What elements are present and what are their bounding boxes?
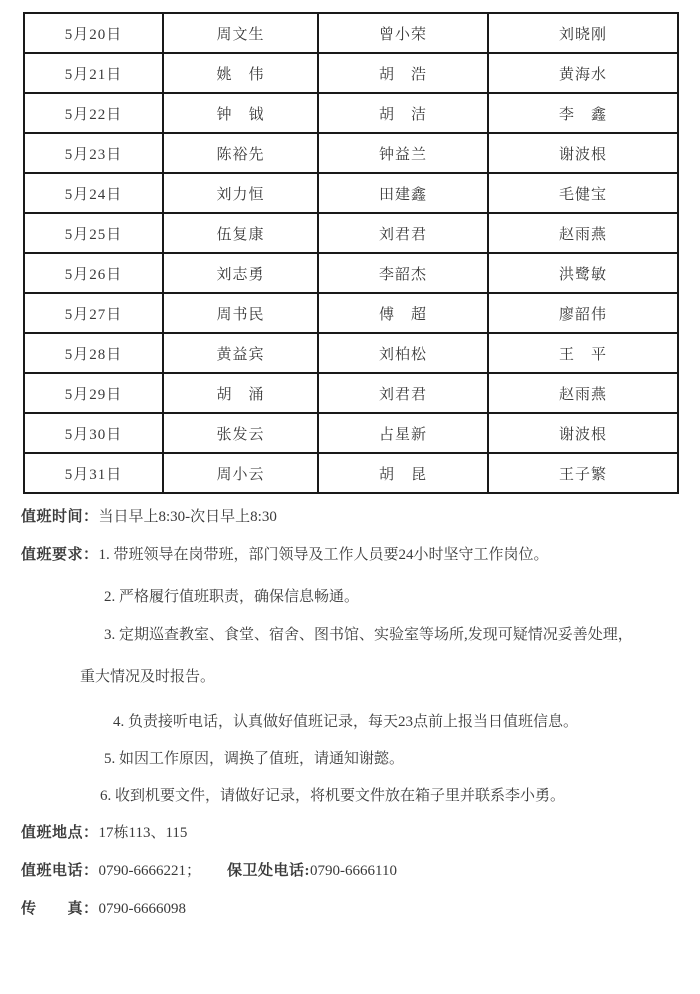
name-cell: 廖韶伟 — [488, 293, 678, 333]
date-cell: 5月27日 — [24, 293, 163, 333]
security-phone-label: 保卫处电话: — [227, 863, 310, 879]
fax-label: 传 真： — [21, 901, 99, 917]
name-cell: 周书民 — [163, 293, 318, 333]
requirement-item-3: 3. 定期巡查教室、食堂、宿舍、图书馆、实验室等场所,发现可疑情况妥善处理， — [0, 626, 700, 645]
duty-location-value: 17栋113、115 — [99, 825, 188, 841]
date-cell-holiday: 5月23日 — [24, 133, 163, 173]
requirement-item-1: 1. 带班领导在岗带班，部门领导及工作人员要24小时坚守工作岗位。 — [99, 547, 549, 563]
name-cell: 谢波根 — [488, 413, 678, 453]
duty-phone-label: 值班电话： — [21, 863, 99, 879]
name-cell: 周小云 — [163, 453, 318, 493]
date-cell: 5月28日 — [24, 333, 163, 373]
table-row: 5月27日周书民傅 超廖韶伟 — [24, 293, 678, 333]
name-cell: 陈裕先 — [163, 133, 318, 173]
name-cell: 谢波根 — [488, 133, 678, 173]
duty-roster-table: 5月20日周文生曾小荣刘晓刚5月21日姚 伟胡 浩黄海水5月22日钟 钺胡 洁李… — [23, 12, 679, 494]
document-page: 5月20日周文生曾小荣刘晓刚5月21日姚 伟胡 浩黄海水5月22日钟 钺胡 洁李… — [0, 0, 700, 994]
name-cell: 姚 伟 — [163, 53, 318, 93]
table-row: 5月30日张发云占星新谢波根 — [24, 413, 678, 453]
name-cell: 洪鹭敏 — [488, 253, 678, 293]
requirement-item-2: 2. 严格履行值班职责，确保信息畅通。 — [0, 588, 700, 607]
name-cell: 李韶杰 — [318, 253, 488, 293]
table-row: 5月25日伍复康刘君君赵雨燕 — [24, 213, 678, 253]
duty-phone-value: 0790-6666221； — [99, 863, 202, 879]
name-cell: 田建鑫 — [318, 173, 488, 213]
name-cell: 胡 洁 — [318, 93, 488, 133]
name-cell: 刘君君 — [318, 373, 488, 413]
date-cell: 5月26日 — [24, 253, 163, 293]
name-cell: 胡 浩 — [318, 53, 488, 93]
date-cell-holiday: 5月31日 — [24, 453, 163, 493]
name-cell: 刘力恒 — [163, 173, 318, 213]
name-cell: 毛健宝 — [488, 173, 678, 213]
name-cell: 刘君君 — [318, 213, 488, 253]
fax-value: 0790-6666098 — [99, 901, 187, 917]
name-cell: 钟益兰 — [318, 133, 488, 173]
name-cell: 钟 钺 — [163, 93, 318, 133]
name-cell: 王子繁 — [488, 453, 678, 493]
date-cell: 5月21日 — [24, 53, 163, 93]
duty-time-value: 当日早上8:30-次日早上8:30 — [99, 509, 277, 525]
name-cell: 胡 昆 — [318, 453, 488, 493]
name-cell: 刘柏松 — [318, 333, 488, 373]
name-cell: 周文生 — [163, 13, 318, 53]
name-cell: 黄海水 — [488, 53, 678, 93]
duty-time-line: 值班时间：当日早上8:30-次日早上8:30 — [0, 508, 700, 527]
table-row: 5月23日陈裕先钟益兰谢波根 — [24, 133, 678, 173]
date-cell-holiday: 5月24日 — [24, 173, 163, 213]
requirements-line-1: 值班要求：1. 带班领导在岗带班，部门领导及工作人员要24小时坚守工作岗位。 — [0, 546, 700, 565]
name-cell: 黄益宾 — [163, 333, 318, 373]
table-row: 5月24日刘力恒田建鑫毛健宝 — [24, 173, 678, 213]
name-cell: 占星新 — [318, 413, 488, 453]
name-cell: 赵雨燕 — [488, 373, 678, 413]
table-row: 5月31日周小云胡 昆王子繁 — [24, 453, 678, 493]
date-cell: 5月20日 — [24, 13, 163, 53]
security-phone-value: 0790-6666110 — [310, 863, 397, 879]
name-cell: 傅 超 — [318, 293, 488, 333]
duty-time-label: 值班时间： — [21, 509, 99, 525]
table-row: 5月26日刘志勇李韶杰洪鹭敏 — [24, 253, 678, 293]
name-cell: 张发云 — [163, 413, 318, 453]
table-row: 5月22日钟 钺胡 洁李 鑫 — [24, 93, 678, 133]
requirement-item-6: 6. 收到机要文件，请做好记录，将机要文件放在箱子里并联系李小勇。 — [0, 787, 700, 806]
table-row: 5月28日黄益宾刘柏松王 平 — [24, 333, 678, 373]
duty-notes-section: 值班时间：当日早上8:30-次日早上8:30 值班要求：1. 带班领导在岗带班，… — [0, 508, 700, 919]
date-cell-holiday: 5月30日 — [24, 413, 163, 453]
fax-line: 传 真：0790-6666098 — [0, 900, 700, 919]
name-cell: 伍复康 — [163, 213, 318, 253]
name-cell: 曾小荣 — [318, 13, 488, 53]
name-cell: 胡 涌 — [163, 373, 318, 413]
table-row: 5月20日周文生曾小荣刘晓刚 — [24, 13, 678, 53]
name-cell: 王 平 — [488, 333, 678, 373]
requirement-item-3-continuation: 重大情况及时报告。 — [0, 668, 700, 687]
table-row: 5月29日胡 涌刘君君赵雨燕 — [24, 373, 678, 413]
date-cell: 5月29日 — [24, 373, 163, 413]
name-cell: 李 鑫 — [488, 93, 678, 133]
duty-phone-line: 值班电话：0790-6666221；保卫处电话:0790-6666110 — [0, 862, 700, 881]
date-cell: 5月25日 — [24, 213, 163, 253]
requirements-label: 值班要求： — [21, 547, 99, 563]
duty-location-line: 值班地点：17栋113、115 — [0, 824, 700, 843]
name-cell: 赵雨燕 — [488, 213, 678, 253]
requirement-item-5: 5. 如因工作原因，调换了值班，请通知谢懿。 — [0, 750, 700, 769]
date-cell: 5月22日 — [24, 93, 163, 133]
name-cell: 刘晓刚 — [488, 13, 678, 53]
duty-location-label: 值班地点： — [21, 825, 99, 841]
table-row: 5月21日姚 伟胡 浩黄海水 — [24, 53, 678, 93]
name-cell: 刘志勇 — [163, 253, 318, 293]
duty-roster-section: 5月20日周文生曾小荣刘晓刚5月21日姚 伟胡 浩黄海水5月22日钟 钺胡 洁李… — [0, 0, 700, 494]
requirement-item-4: 4. 负责接听电话，认真做好值班记录，每天23点前上报当日值班信息。 — [0, 713, 700, 732]
